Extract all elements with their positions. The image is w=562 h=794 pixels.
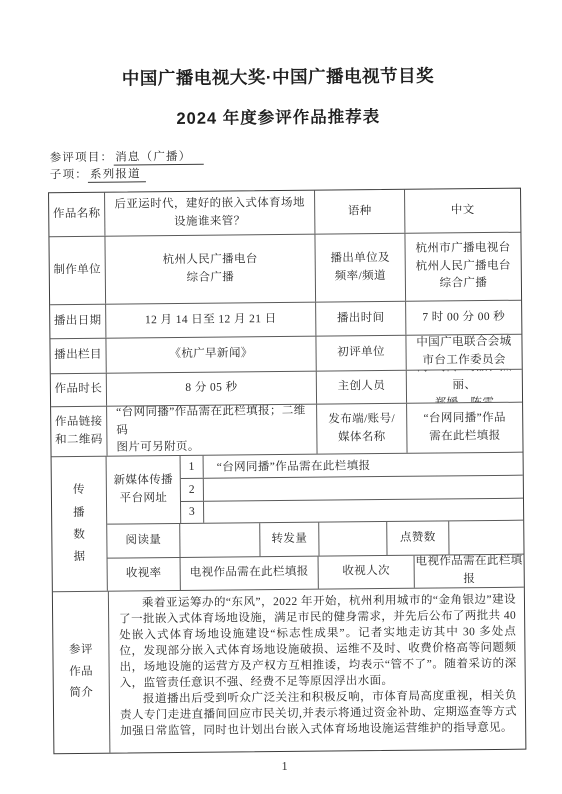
new-media-url-label: 新媒体传播 平台网址 — [107, 456, 181, 524]
publish-account-value: “台网同播”作品 需在此栏填报 — [406, 403, 522, 453]
duration-label: 作品时长 — [51, 374, 106, 407]
rating-label: 收视率 — [108, 558, 180, 591]
table-row: 播出日期 12 月 14 日至 12 月 21 日 播出时间 7 时 00 分 … — [50, 300, 521, 339]
link-qr-value: “台网同播”作品需在此栏填报；二维码 图片可另附页。 — [106, 405, 316, 456]
work-title-label: 作品名称 — [49, 193, 104, 237]
spread-data-body: 新媒体传播 平台网址 1 “台网同播”作品需在此栏填报 2 3 — [107, 453, 524, 591]
page-content: 中国广播电视大奖·中国广播电视节目奖 2024 年度参评作品推荐表 参评项目：消… — [0, 0, 562, 794]
like-count-label: 点赞数 — [386, 522, 448, 555]
table-row: 作品名称 后亚运时代，建好的嵌入式体育场地 设施谁来管？ 语种 中文 — [49, 189, 520, 237]
initial-review-value: 中国广电联合会城 市台工作委员会 — [405, 335, 521, 370]
intro-row: 参评 作品 简介 乘着亚运筹办的“东风”，2022 年开始，杭州利用城市的“金角… — [53, 587, 526, 754]
url-row-1-number: 1 — [181, 456, 203, 478]
url-row-2-value — [203, 475, 523, 500]
table-row: 作品时长 8 分 05 秒 主创人员 冯一骅、葛晶、熊丽、 郑媛、陈雷 — [51, 369, 522, 407]
read-stats-row: 阅读量 转发量 点赞数 — [107, 520, 523, 558]
creators-value: 冯一骅、葛晶、熊丽、 郑媛、陈雷 — [406, 370, 522, 403]
table-row: 制作单位 杭州人民广播电台 综合广播 播出单位及 频率/频道 杭州市广播电视台 … — [49, 232, 521, 305]
document-title-line1: 中国广播电视大奖·中国广播电视节目奖 — [0, 61, 559, 91]
broadcast-unit-value: 杭州市广播电视台 杭州人民广播电台 综合广播 — [404, 233, 521, 301]
intro-body: 乘着亚运筹办的“东风”，2022 年开始，杭州利用城市的“金角银边”建设了一批嵌… — [108, 588, 526, 753]
page-number: 1 — [3, 756, 562, 776]
url-rows: 1 “台网同播”作品需在此栏填报 2 3 — [180, 453, 524, 524]
new-media-url-block: 新媒体传播 平台网址 1 “台网同播”作品需在此栏填报 2 3 — [107, 453, 524, 524]
air-date-value: 12 月 14 日至 12 月 21 日 — [105, 303, 315, 338]
program-label: 播出栏目 — [50, 339, 105, 374]
creators-label: 主创人员 — [316, 371, 406, 404]
url-row-3: 3 — [181, 497, 523, 523]
url-row-3-value — [203, 498, 523, 523]
air-time-value: 7 时 00 分 00 秒 — [405, 301, 521, 335]
repost-count-label: 转发量 — [259, 523, 318, 556]
table-row: 作品链接 和二维码 “台网同播”作品需在此栏填报；二维码 图片可另附页。 发布端… — [51, 402, 522, 457]
meta-project-label: 参评项目： — [50, 152, 114, 165]
language-value: 中文 — [404, 189, 520, 233]
link-qr-label: 作品链接 和二维码 — [51, 407, 106, 457]
intro-paragraph-2: 报道播出后受到听众广泛关注和积极反响，市体育局高度重视，相关负责人专门走进直播间… — [120, 688, 517, 740]
air-date-label: 播出日期 — [50, 305, 105, 339]
producer-label: 制作单位 — [49, 237, 105, 305]
url-row-2-number: 2 — [181, 479, 203, 501]
meta-project-value: 消息（广播） — [113, 151, 203, 166]
program-value: 《杭广早新闻》 — [105, 337, 315, 373]
meta-subitem-value: 系列报道 — [88, 168, 146, 183]
repost-count-value — [318, 522, 386, 555]
language-label: 语种 — [314, 190, 404, 234]
initial-review-label: 初评单位 — [315, 336, 405, 371]
url-row-3-number: 3 — [181, 501, 203, 523]
spread-data-section-label: 传播数据 — [52, 457, 108, 592]
rating-value: 电视作品需在此栏填报 — [180, 557, 318, 590]
viewers-label: 收视人次 — [318, 556, 414, 589]
read-count-value — [179, 524, 259, 557]
meta-subitem-line: 子项：系列报道 — [50, 163, 560, 185]
publish-account-label: 发布端/账号/ 媒体名称 — [316, 404, 406, 454]
producer-value: 杭州人民广播电台 综合广播 — [104, 235, 315, 304]
broadcast-unit-label: 播出单位及 频率/频道 — [314, 234, 405, 302]
meta-subitem-label: 子项： — [50, 169, 88, 181]
url-row-2: 2 — [181, 474, 523, 500]
recommendation-form-table: 作品名称 后亚运时代，建好的嵌入式体育场地 设施谁来管？ 语种 中文 制作单位 … — [48, 188, 526, 755]
work-title-value: 后亚运时代，建好的嵌入式体育场地 设施谁来管？ — [104, 191, 314, 236]
air-time-label: 播出时间 — [315, 302, 405, 336]
viewers-value: 电视作品需在此栏填报 — [414, 555, 524, 588]
rating-stats-row: 收视率 电视作品需在此栏填报 收视人次 电视作品需在此栏填报 — [108, 554, 524, 591]
table-row: 播出栏目 《杭广早新闻》 初评单位 中国广电联合会城 市台工作委员会 — [50, 334, 521, 374]
intro-paragraph-1: 乘着亚运筹办的“东风”，2022 年开始，杭州利用城市的“金角银边”建设了一批嵌… — [119, 592, 517, 692]
url-row-1-value: “台网同播”作品需在此栏填报 — [203, 453, 523, 478]
intro-label: 参评 作品 简介 — [53, 592, 110, 754]
read-count-label: 阅读量 — [107, 524, 179, 557]
document-title-line2: 2024 年度参评作品推荐表 — [0, 101, 559, 130]
scanned-form-page: 中国广播电视大奖·中国广播电视节目奖 2024 年度参评作品推荐表 参评项目：消… — [0, 0, 562, 794]
meta-block: 参评项目：消息（广播） 子项：系列报道 — [50, 146, 560, 185]
like-count-value — [448, 521, 523, 554]
duration-value: 8 分 05 秒 — [106, 372, 316, 406]
spread-data-row: 传播数据 新媒体传播 平台网址 1 “台网同播”作品需在此栏填报 2 — [52, 452, 524, 592]
